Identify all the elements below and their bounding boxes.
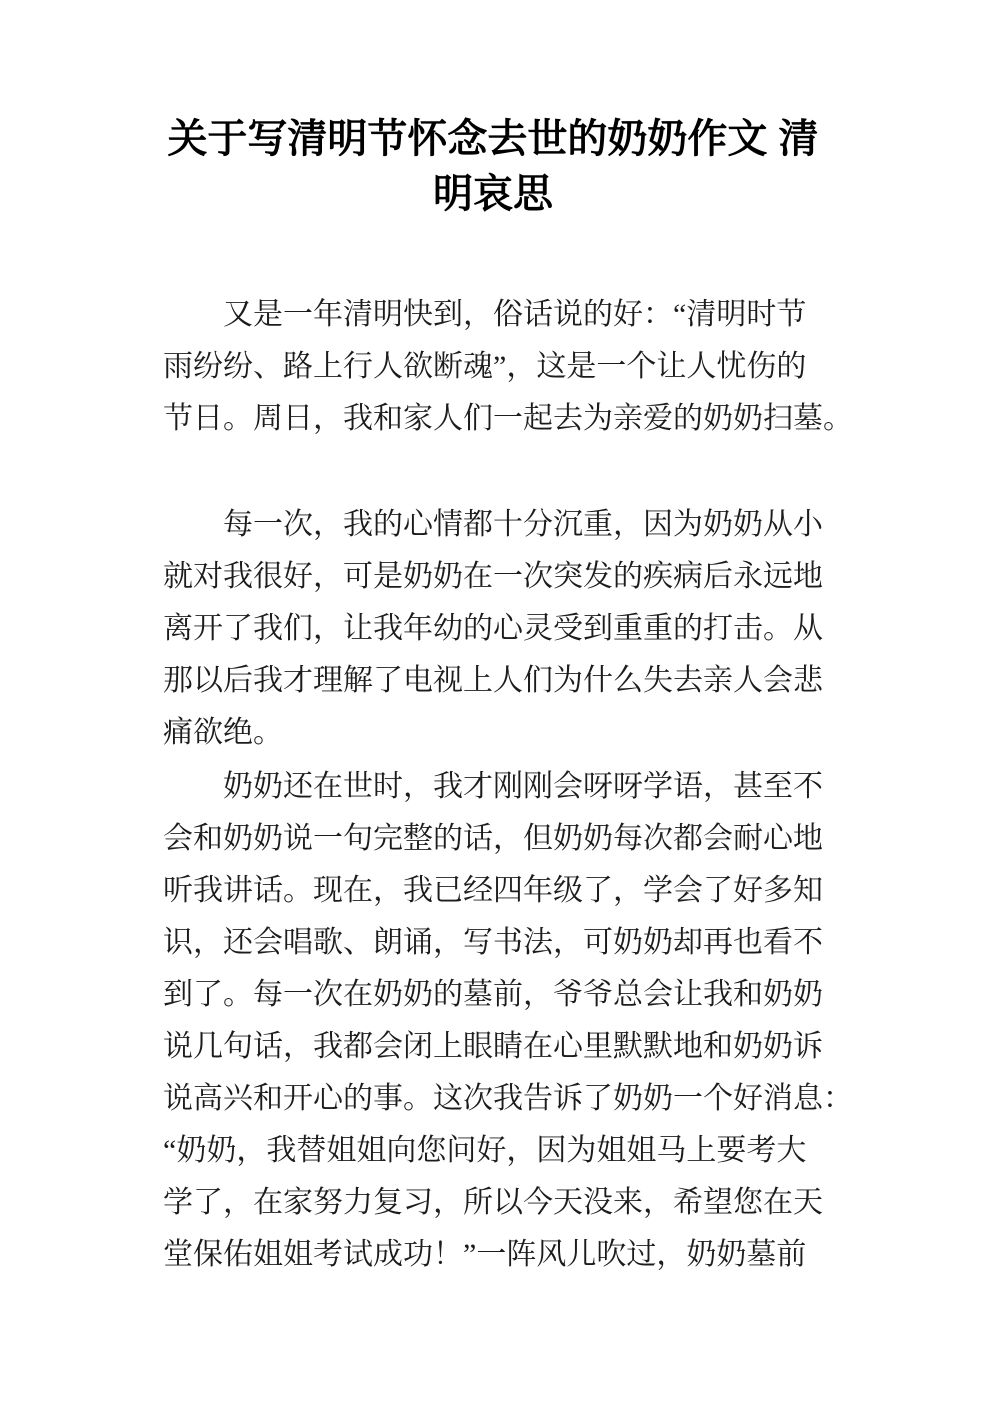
- text-line: 说高兴和开心的事。这次我告诉了奶奶一个好消息：: [163, 1073, 823, 1125]
- text-line: 说几句话，我都会闭上眼睛在心里默默地和奶奶诉: [163, 1021, 823, 1073]
- text-line: 听我讲话。现在，我已经四年级了，学会了好多知: [163, 865, 823, 917]
- text-line: 离开了我们，让我年幼的心灵受到重重的打击。从: [163, 603, 823, 655]
- document-body: 又是一年清明快到，俗话说的好：“清明时节 雨纷纷、路上行人欲断魂”，这是一个让人…: [163, 289, 823, 1281]
- text-line: 识，还会唱歌、朗诵，写书法，可奶奶却再也看不: [163, 917, 823, 969]
- text-line: 又是一年清明快到，俗话说的好：“清明时节: [163, 289, 823, 341]
- text-line: 就对我很好，可是奶奶在一次突发的疾病后永远地: [163, 551, 823, 603]
- paragraph-1: 又是一年清明快到，俗话说的好：“清明时节 雨纷纷、路上行人欲断魂”，这是一个让人…: [163, 289, 823, 445]
- text-line: 到了。每一次在奶奶的墓前，爷爷总会让我和奶奶: [163, 969, 823, 1021]
- title-line-2: 明哀思: [163, 167, 823, 222]
- text-line: 痛欲绝。: [163, 707, 823, 759]
- text-line: 奶奶还在世时，我才刚刚会呀呀学语，甚至不: [163, 761, 823, 813]
- text-line: 雨纷纷、路上行人欲断魂”，这是一个让人忧伤的: [163, 341, 823, 393]
- text-line: 节日。周日，我和家人们一起去为亲爱的奶奶扫墓。: [163, 393, 823, 445]
- document-page: 关于写清明节怀念去世的奶奶作文 清 明哀思 又是一年清明快到，俗话说的好：“清明…: [0, 0, 993, 1404]
- text-line: 会和奶奶说一句完整的话，但奶奶每次都会耐心地: [163, 813, 823, 865]
- text-line: 那以后我才理解了电视上人们为什么失去亲人会悲: [163, 655, 823, 707]
- text-line: 学了，在家努力复习，所以今天没来，希望您在天: [163, 1177, 823, 1229]
- title-line-1: 关于写清明节怀念去世的奶奶作文 清: [163, 112, 823, 167]
- text-line: “奶奶，我替姐姐向您问好，因为姐姐马上要考大: [163, 1125, 823, 1177]
- paragraph-2: 每一次，我的心情都十分沉重，因为奶奶从小 就对我很好，可是奶奶在一次突发的疾病后…: [163, 499, 823, 759]
- text-line: 堂保佑姐姐考试成功！”一阵风儿吹过，奶奶墓前: [163, 1229, 823, 1281]
- document-title: 关于写清明节怀念去世的奶奶作文 清 明哀思: [163, 112, 823, 222]
- paragraph-3: 奶奶还在世时，我才刚刚会呀呀学语，甚至不 会和奶奶说一句完整的话，但奶奶每次都会…: [163, 761, 823, 1281]
- text-line: 每一次，我的心情都十分沉重，因为奶奶从小: [163, 499, 823, 551]
